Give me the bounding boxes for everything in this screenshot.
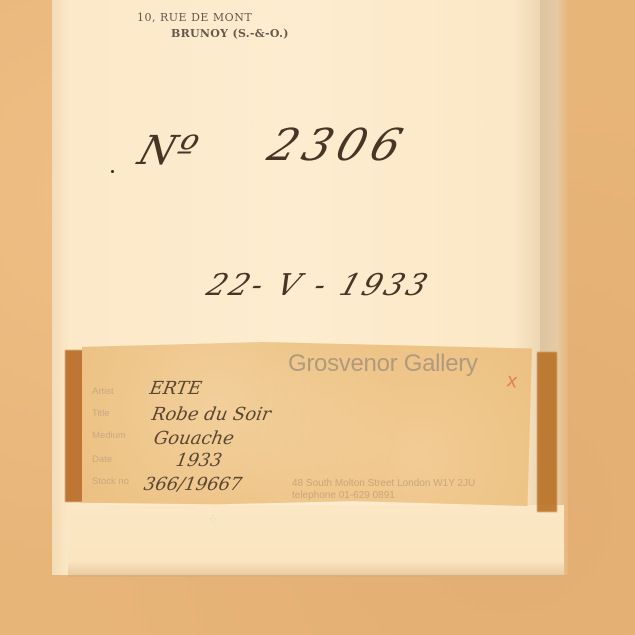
address-stamp: 10, RUE DE MONT BRUNOY (S.-&-O.) xyxy=(137,10,289,42)
telephone-line: telephone 01-629 0891 xyxy=(292,490,475,502)
stamp-line-1: 10, RUE DE MONT xyxy=(137,10,289,26)
address-line: 48 South Molton Street London W1Y 2JU xyxy=(292,478,475,490)
faint-blue-mark: ⁘ xyxy=(208,512,218,526)
gallery-address: 48 South Molton Street London W1Y 2JU te… xyxy=(292,478,475,502)
gallery-label: Grosvenor Gallery x Artist ERTE Title Ro… xyxy=(82,342,532,506)
tape-strip-right xyxy=(537,352,557,512)
field-value-title: Robe du Soir xyxy=(150,404,272,425)
gallery-name: Grosvenor Gallery xyxy=(288,350,478,378)
sheet-bottom-edge xyxy=(68,505,564,577)
field-label-medium: Medium xyxy=(92,430,126,441)
field-value-medium: Gouache xyxy=(152,428,236,449)
tape-strip-left xyxy=(65,350,83,502)
field-label-date: Date xyxy=(92,454,112,465)
ink-dot xyxy=(111,170,114,173)
field-value-stock-no: 366/19667 xyxy=(142,474,243,495)
field-value-artist: ERTE xyxy=(148,378,203,399)
handwritten-date: 22- V - 1933 xyxy=(202,268,434,303)
stamp-line-2: BRUNOY (S.-&-O.) xyxy=(137,26,289,42)
field-value-date: 1933 xyxy=(174,450,224,471)
field-label-title: Title xyxy=(92,408,110,419)
field-label-stock-no: Stock no xyxy=(92,476,129,487)
inventory-number: 2306 xyxy=(262,120,415,171)
field-label-artist: Artist xyxy=(92,386,114,397)
red-check-mark: x xyxy=(505,369,519,393)
